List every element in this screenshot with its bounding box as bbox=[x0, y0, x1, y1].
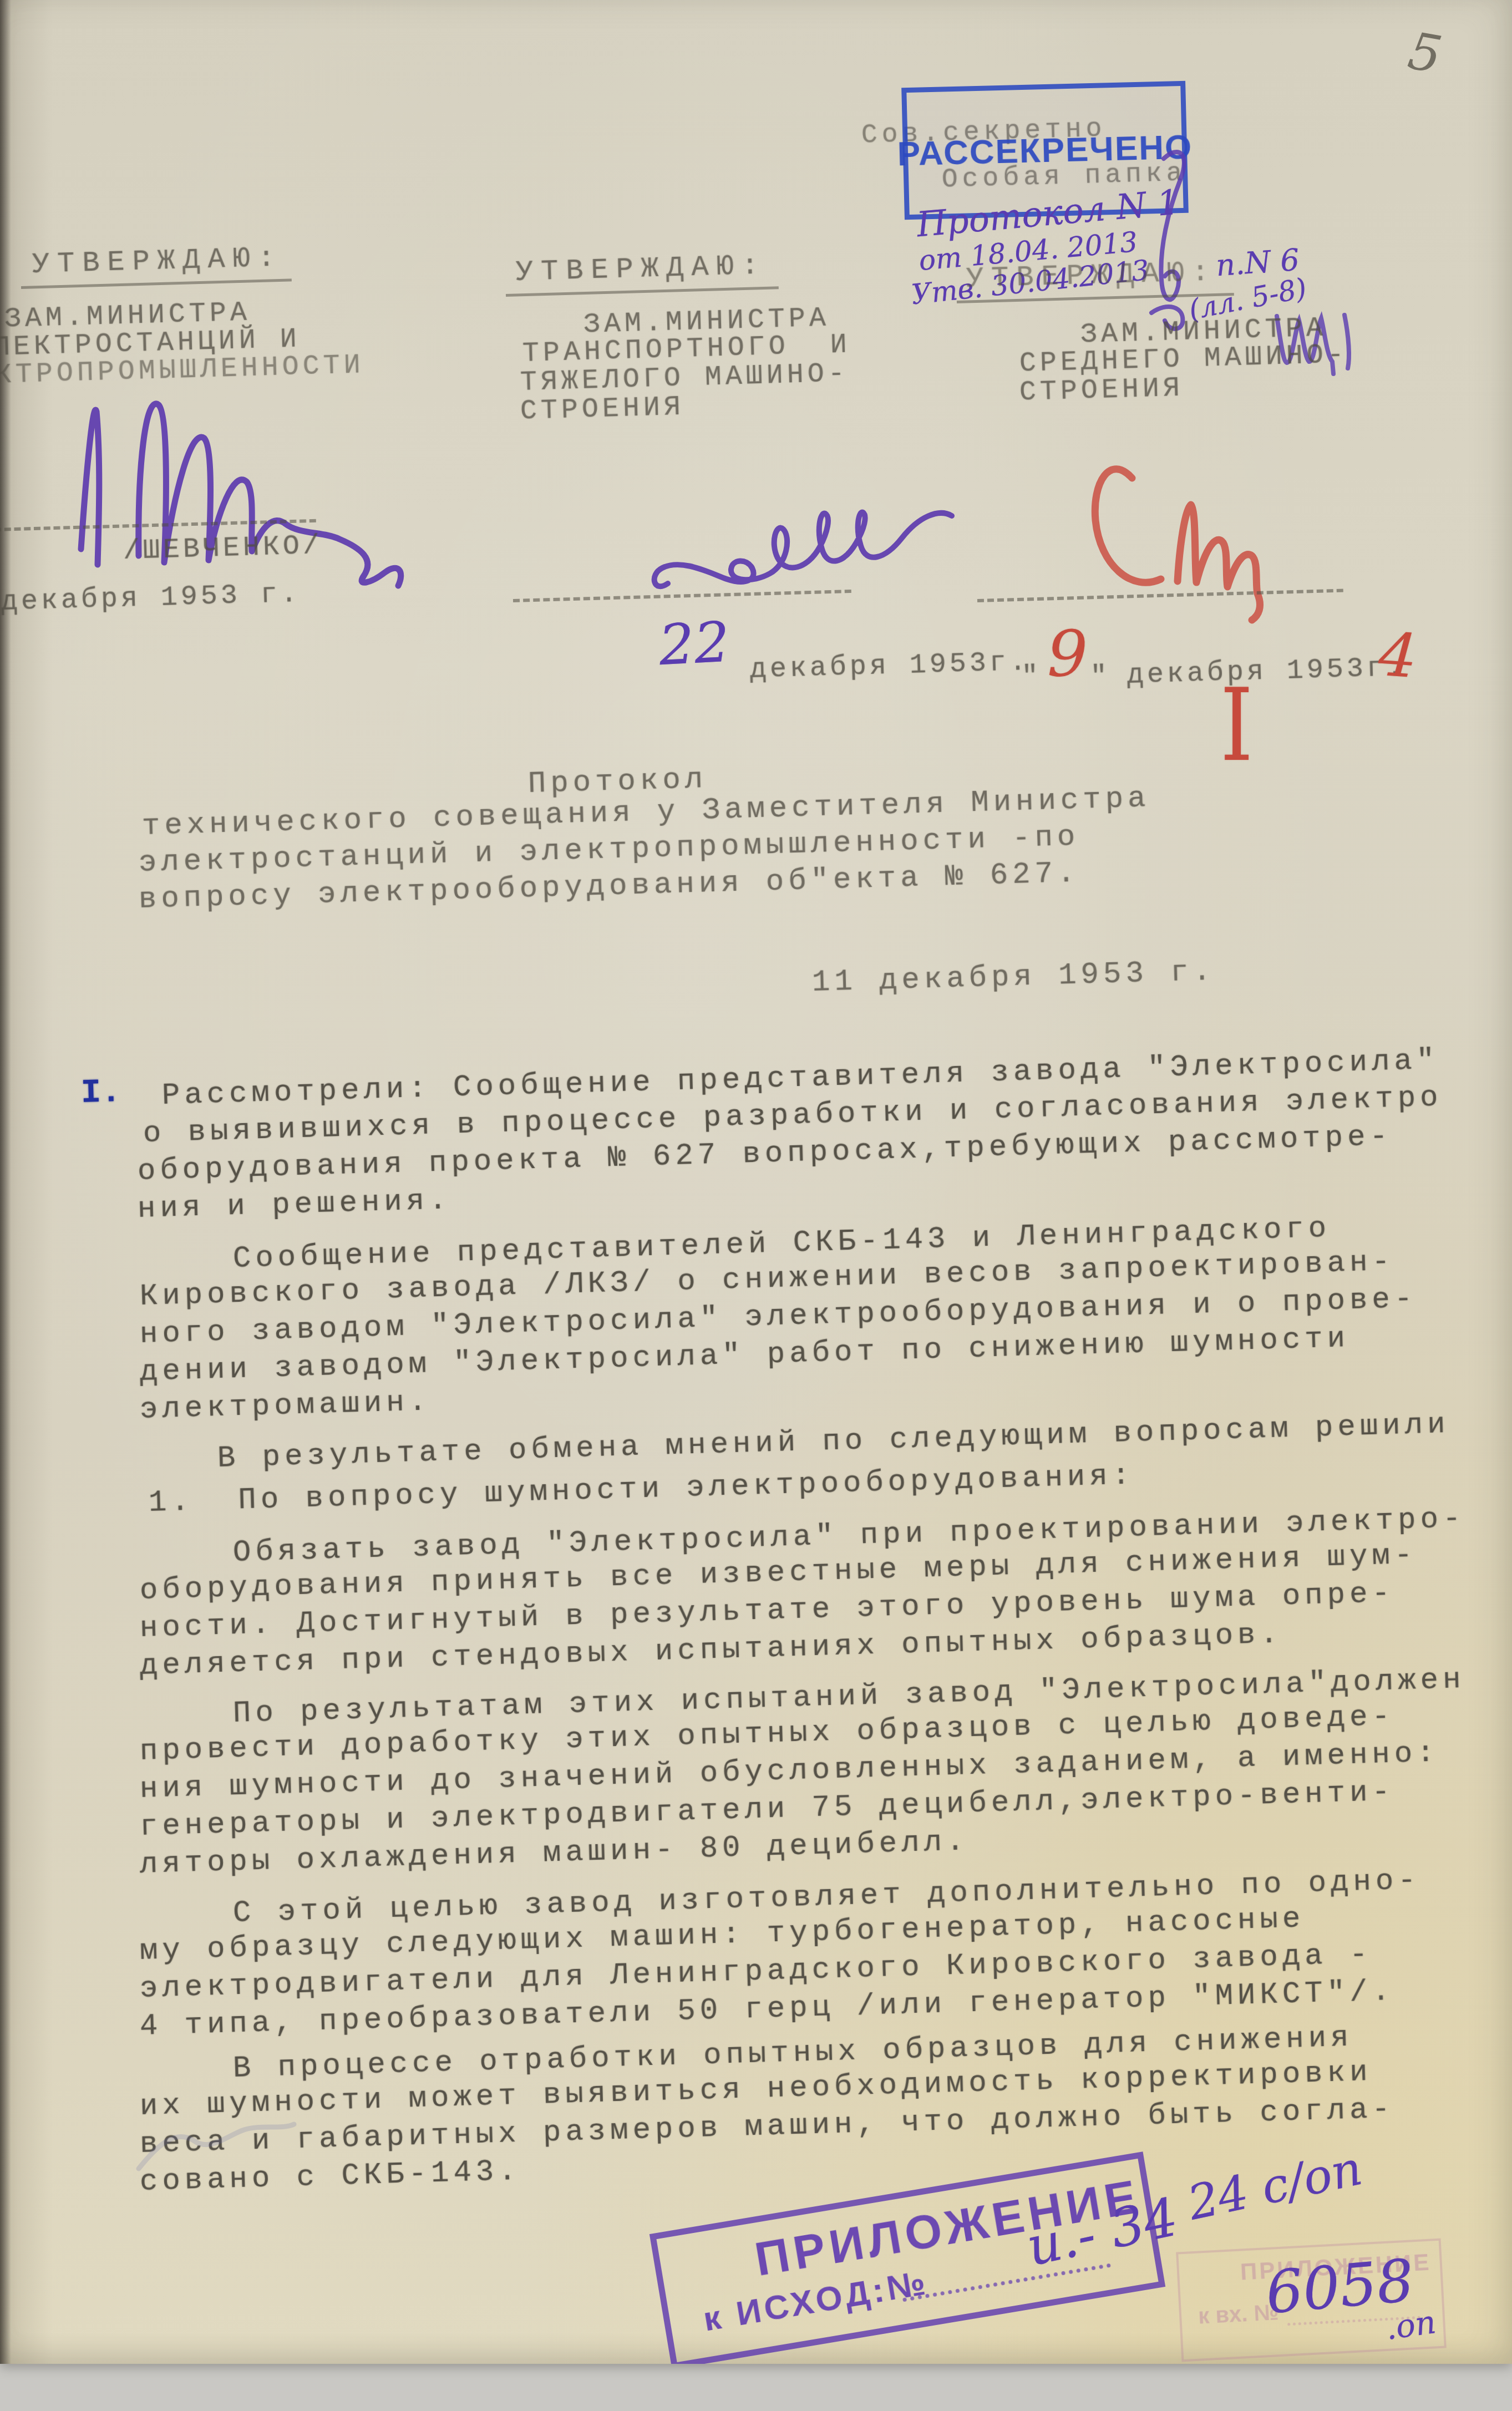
body-line: электромашин. bbox=[139, 1385, 432, 1427]
body-line: ния и решения. bbox=[137, 1184, 451, 1226]
archivist-signature bbox=[1132, 140, 1204, 334]
page-number: 5 bbox=[1404, 21, 1446, 85]
incoming-number-suffix: .оп bbox=[1383, 2303, 1438, 2347]
approval-2-line: СТРОЕНИЯ bbox=[520, 392, 685, 428]
approval-1-name: /ШЕВЧЕНКО/ bbox=[123, 530, 323, 567]
document-date: 11 декабря 1953 г. bbox=[811, 955, 1216, 1000]
paper-sheet: 5 Сов.секретно Особая папка РАССЕКРЕЧЕНО… bbox=[0, 0, 1512, 2364]
faint-pencil-scribble bbox=[128, 2108, 305, 2185]
approval-2-date: декабря 1953г. bbox=[749, 647, 1029, 686]
section-marker-ink: I. bbox=[80, 1074, 121, 1113]
approval-1-title: УТВЕРЖДАЮ: bbox=[32, 241, 283, 281]
approval-3-line: СТРОЕНИЯ bbox=[1019, 373, 1184, 409]
scanned-document-page: { "colors": { "paper": "#d9d3c2", "stamp… bbox=[0, 0, 1512, 2411]
attachment-stamp-handwritten-suffix: 24 с/оп bbox=[1183, 2141, 1367, 2231]
signature-deputy-transport bbox=[643, 465, 960, 603]
approval-2-title: УТВЕРЖДАЮ: bbox=[515, 249, 767, 289]
approval-2-day: 22 bbox=[657, 610, 731, 678]
approval-3-day: 9 bbox=[1047, 617, 1088, 691]
approval-3-quote-open: " bbox=[1021, 661, 1042, 693]
approval-3-title: УТВЕРЖДАЮ: bbox=[966, 256, 1217, 296]
approval-3-year-correction: 4 bbox=[1377, 620, 1419, 692]
attachment-stamp-dotted-line bbox=[902, 2263, 1111, 2302]
approval-3-quote-close: " bbox=[1090, 661, 1111, 693]
approval-3-month-correction: I bbox=[1220, 668, 1253, 784]
approval-1-date: декабря 1953 г. bbox=[1, 578, 301, 618]
approval-3-date: декабря 1953г. bbox=[1127, 652, 1407, 692]
